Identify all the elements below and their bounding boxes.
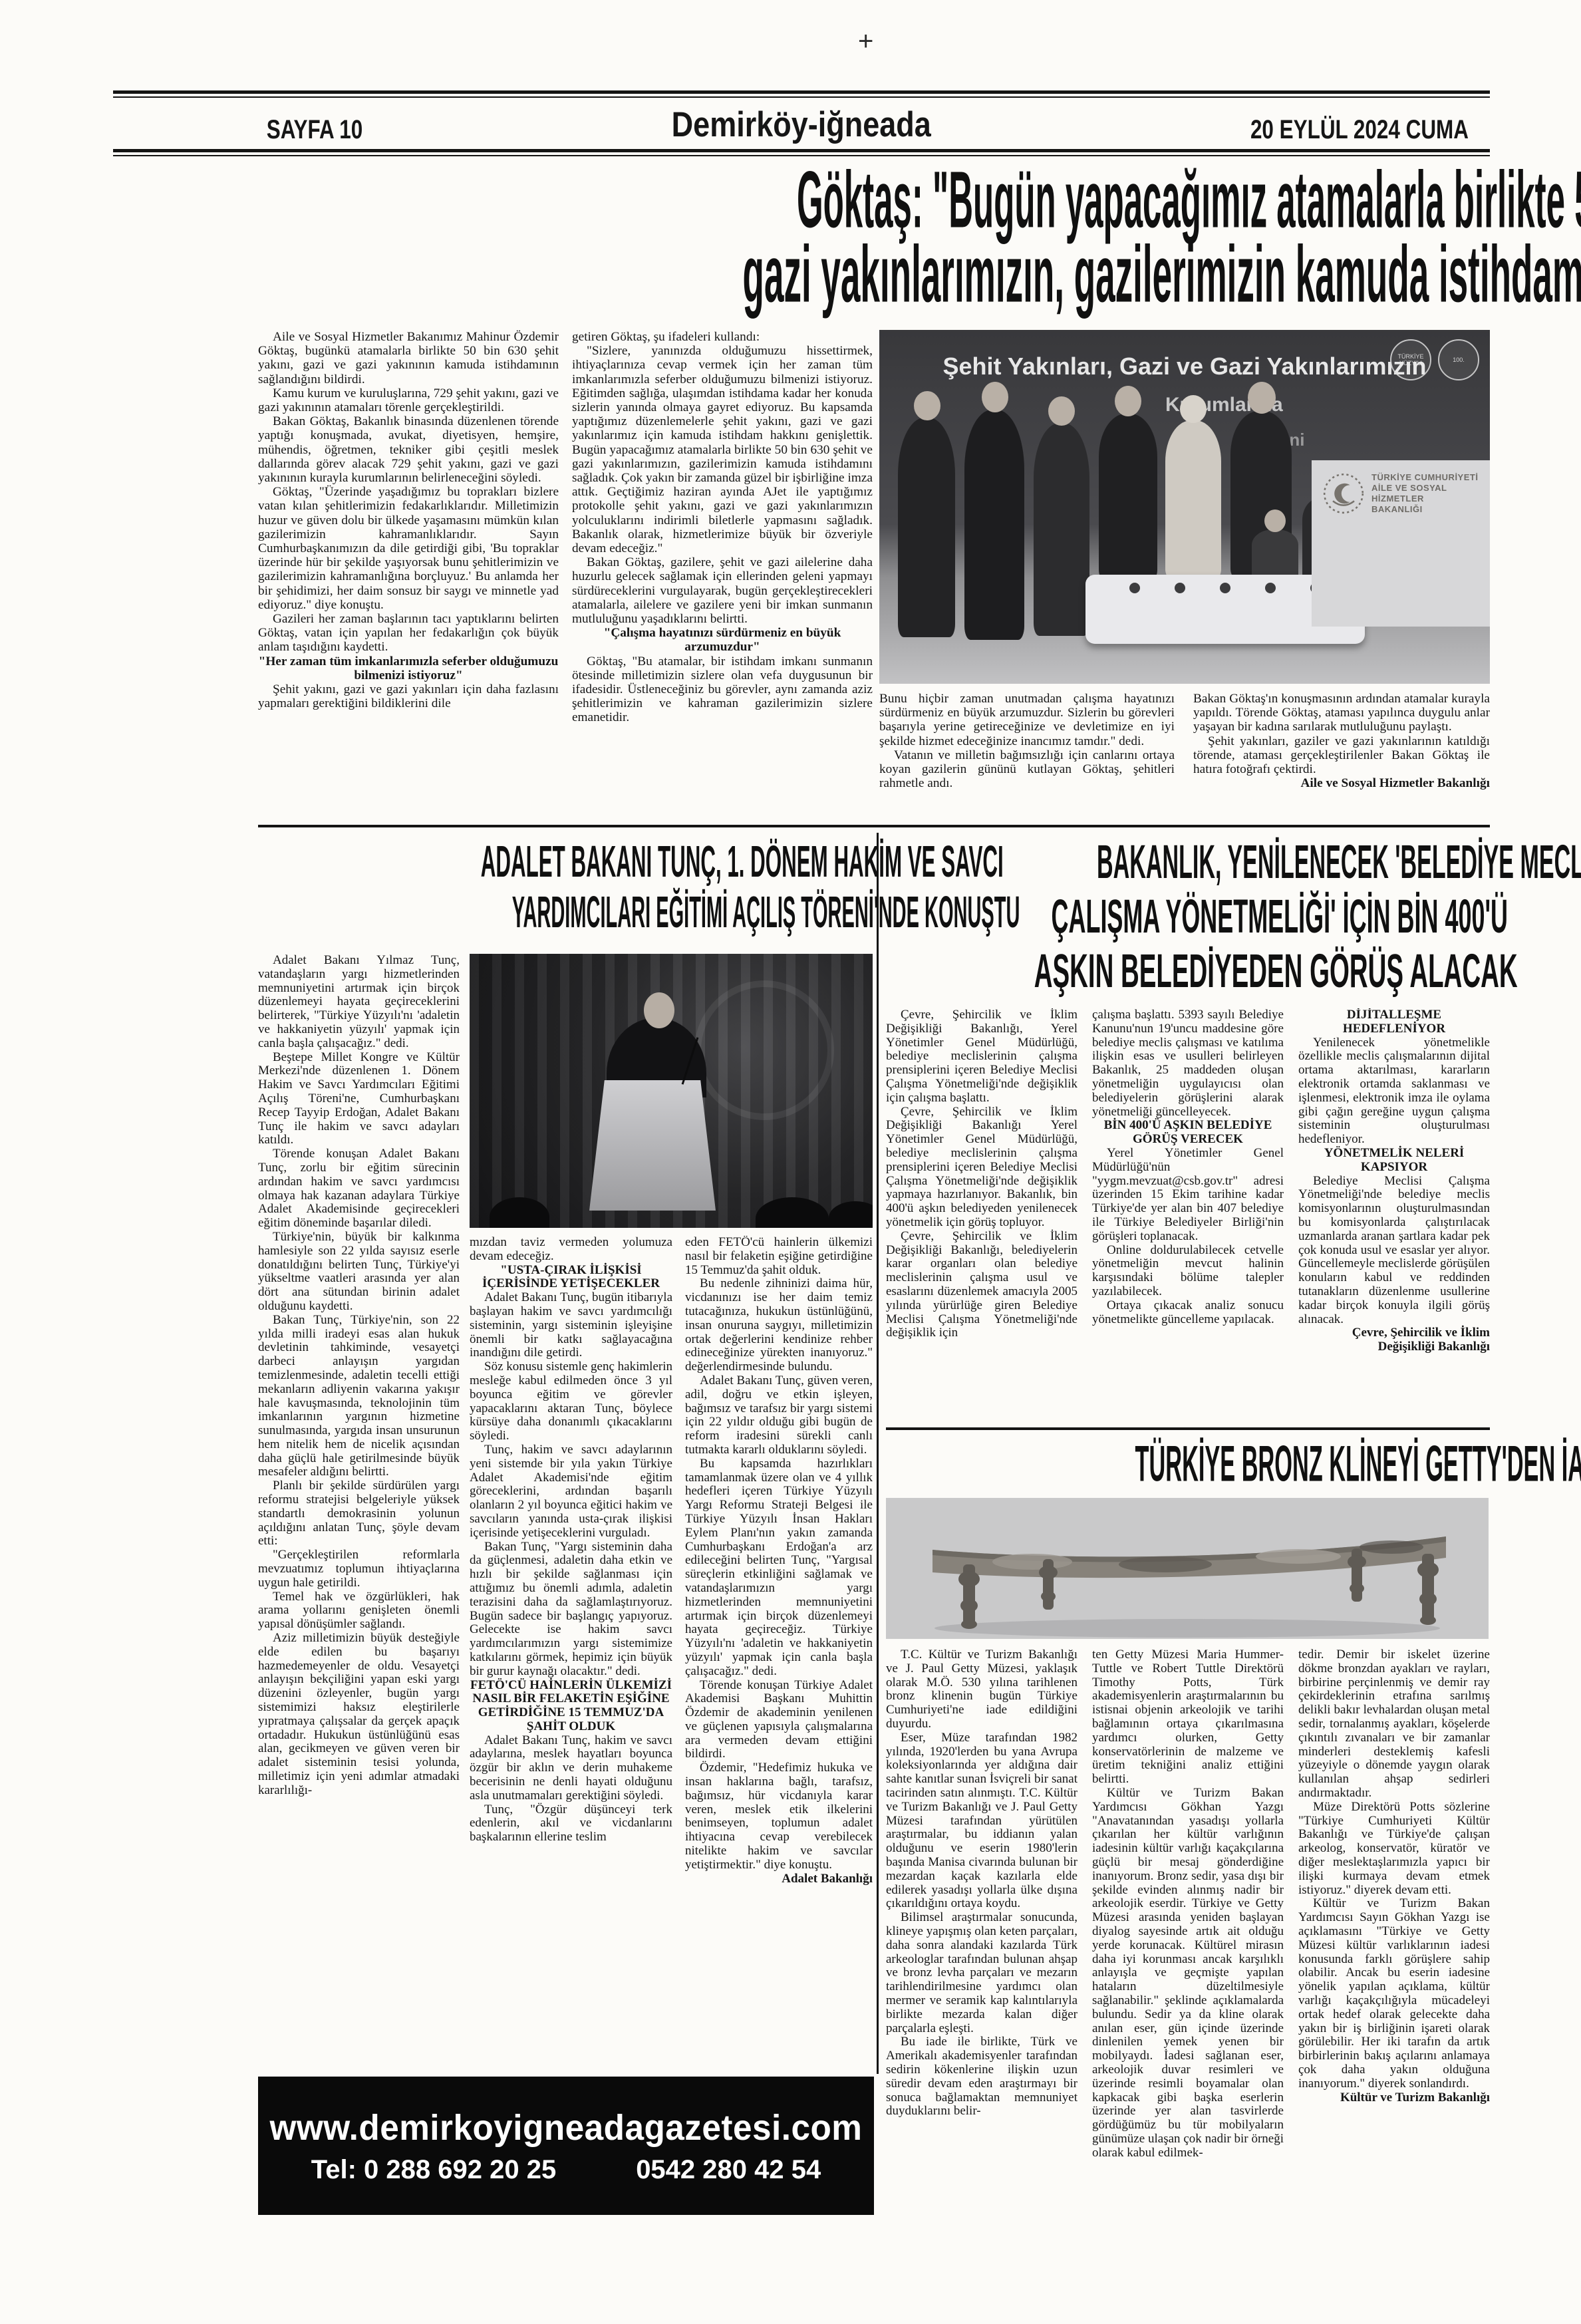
article-paragraph: Bilimsel araştırmalar sonucunda, klineye… <box>886 1911 1078 2035</box>
article1-column-3: Bunu hiçbir zaman unutmadan çalışma haya… <box>879 692 1175 818</box>
article-paragraph: Adalet Bakanı Tunç, güven veren, adil, d… <box>685 1374 873 1457</box>
article-paragraph: eden FETÖ'cü hainlerin ülkemizi nasıl bi… <box>685 1236 873 1277</box>
article-paragraph: çalışma başlattı. 5393 sayılı Belediye K… <box>1092 1008 1284 1119</box>
article-byline: Aile ve Sosyal Hizmetler Bakanlığı <box>1193 776 1490 790</box>
person-silhouette-headscarf <box>1165 420 1221 579</box>
tunc-speech-photo <box>470 954 873 1228</box>
centennial-logo: 100. <box>1438 339 1479 380</box>
column-subhead: YÖNETMELİK NELERİ KAPSIYOR <box>1298 1147 1490 1175</box>
article3-headline-line2: ÇALIŞMA YÖNETMELİĞİ' İÇİN BİN 400'Ü <box>1052 886 1508 948</box>
article-paragraph: mızdan taviz vermeden yolumuza devam ede… <box>470 1236 672 1264</box>
column-subhead: BİN 400'Ü AŞKIN BELEDİYE GÖRÜŞ VERECEK <box>1092 1119 1284 1147</box>
article4-headline-line1: TÜRKİYE BRONZ KLİNEYİ GETTY'DEN İADE ALD… <box>1135 1431 1581 1496</box>
bronze-kline-photo <box>886 1498 1489 1639</box>
faint-emblem <box>694 980 834 1120</box>
turkiye-yuzyili-logo: TÜRKİYE YÜZYILI <box>1390 339 1431 380</box>
article2-column-3: eden FETÖ'cü hainlerin ülkemizi nasıl bi… <box>685 1236 873 2071</box>
column-subhead: "Çalışma hayatınızı sürdürmeniz en büyük… <box>572 626 873 654</box>
article2-column-1: Adalet Bakanı Yılmaz Tunç, vatandaşların… <box>258 954 460 2069</box>
article4-headline: TÜRKİYE BRONZ KLİNEYİ GETTY'DEN İADE ALD… <box>886 1435 1489 1491</box>
article3-headline: BAKANLIK, YENİLENECEK 'BELEDİYE MECLİSİ … <box>886 835 1489 999</box>
article1-headline-line2: gazi yakınlarımızın, gazilerimizin kamud… <box>743 230 1581 318</box>
article-paragraph: Törende konuşan Adalet Bakanı Tunç, zorl… <box>258 1147 460 1231</box>
article-divider-rule <box>886 1427 1490 1430</box>
ceremony-photo: Şehit Yakınları, Gazi ve Gazi Yakınlarım… <box>879 330 1490 684</box>
article-paragraph: Tunç, "Özgür düşünceyi terk edenlerin, a… <box>470 1803 672 1844</box>
header-rule-top-thick <box>113 90 1490 94</box>
article-paragraph: Online doldurulabilecek cetvelle yönetme… <box>1092 1244 1284 1299</box>
column-subhead: "Her zaman tüm imkanlarımızla seferber o… <box>258 654 559 682</box>
article-paragraph: Bakan Göktaş'ın konuşmasının ardından at… <box>1193 692 1490 734</box>
article-paragraph: Aziz milletimizin büyük desteğiyle elde … <box>258 1632 460 1798</box>
ministry-backdrop: TÜRKİYE CUMHURİYETİ AİLE VE SOSYAL HİZME… <box>1312 460 1490 627</box>
article-paragraph: ten Getty Müzesi Maria Hummer-Tuttle ve … <box>1092 1648 1284 1787</box>
article-paragraph: "Gerçekleştirilen reformlarla mevzuatımı… <box>258 1548 460 1590</box>
newspaper-page: { "colors":{"paper":"#fcfbf8","ink":"#16… <box>0 0 1581 2324</box>
article-paragraph: Bunu hiçbir zaman unutmadan çalışma haya… <box>879 692 1175 748</box>
article-paragraph: Ortaya çıkacak analiz sonucu yönetmelikt… <box>1092 1299 1284 1327</box>
article-paragraph: Şehit yakını, gazi ve gazi yakınları içi… <box>258 682 559 710</box>
crop-mark: + <box>858 27 873 57</box>
article1-column-4: Bakan Göktaş'ın konuşmasının ardından at… <box>1193 692 1490 818</box>
lectern <box>589 1080 716 1211</box>
article-paragraph: Planlı bir şekilde sürdürülen yargı refo… <box>258 1479 460 1548</box>
column-subhead: DİJİTALLEŞME HEDEFLENİYOR <box>1298 1008 1490 1036</box>
article4-column-3: tedir. Demir bir iskelet üzerine dökme b… <box>1298 1648 1490 2313</box>
header-rule-top-thin <box>113 96 1490 98</box>
footer-contact-box: www.demirkoyigneadagazetesi.com Tel: 0 2… <box>258 2077 874 2215</box>
article-paragraph: Tunç, hakim ve savcı adaylarının yeni si… <box>470 1443 672 1540</box>
article-paragraph: Bakan Göktaş, gazilere, şehit ve gazi ai… <box>572 555 873 626</box>
masthead-title: Demirköy-iğneada <box>657 105 945 144</box>
article-paragraph: Vatanın ve milletin bağımsızlığı için ca… <box>879 748 1175 791</box>
article3-headline-line1: BAKANLIK, YENİLENECEK 'BELEDİYE MECLİSİ <box>1097 831 1581 894</box>
article-paragraph: Kültür ve Turizm Bakan Yardımcısı Gökhan… <box>1092 1787 1284 2160</box>
article-paragraph: Çevre, Şehircilik ve İklim Değişikliği B… <box>886 1230 1078 1340</box>
article-paragraph: T.C. Kültür ve Turizm Bakanlığı ve J. Pa… <box>886 1648 1078 1731</box>
column-subhead: FETÖ'CÜ HAİNLERİN ÜLKEMİZİ NASIL BİR FEL… <box>470 1679 672 1734</box>
article-paragraph: Aile ve Sosyal Hizmetler Bakanımız Mahin… <box>258 330 559 386</box>
article1-headline: Göktaş: "Bugün yapacağımız atamalarla bi… <box>258 162 1490 311</box>
article-paragraph: Bu nedenle zihninizi daima hür, vicdanın… <box>685 1277 873 1374</box>
article3-column-2: çalışma başlattı. 5393 sayılı Belediye K… <box>1092 1008 1284 1422</box>
person-silhouette <box>964 410 1024 640</box>
article-paragraph: getiren Göktaş, şu ifadeleri kullandı: <box>572 330 873 344</box>
article-paragraph: Bakan Göktaş, Bakanlık binasında düzenle… <box>258 414 559 485</box>
article-paragraph: Eser, Müze tarafından 1982 yılında, 1920… <box>886 1731 1078 1911</box>
article1-column-2: getiren Göktaş, şu ifadeleri kullandı:"S… <box>572 330 873 814</box>
article-paragraph: Göktaş, "Bu atamalar, bir istihdam imkan… <box>572 654 873 725</box>
article-paragraph: Müze Direktörü Potts sözlerine "Türkiye … <box>1298 1801 1490 1898</box>
phone-number-landline: Tel: 0 288 692 20 25 <box>311 2155 556 2185</box>
ministry-emblem-icon <box>1322 472 1365 515</box>
article-paragraph: Söz konusu sistemle genç hakimlerin mesl… <box>470 1360 672 1443</box>
article-paragraph: "Sizlere, yanınızda olduğumuzu hissettir… <box>572 344 873 555</box>
newspaper-website: www.demirkoyigneadagazetesi.com <box>254 2107 878 2148</box>
bronze-kline-illustration <box>886 1498 1489 1639</box>
page-header: SAYFA 10 Demirköy-iğneada 20 EYLÜL 2024 … <box>258 100 1488 144</box>
article-paragraph: Türkiye'nin, büyük bir kalkınma hamlesiy… <box>258 1231 460 1314</box>
article3-column-3: DİJİTALLEŞME HEDEFLENİYORYenilenecek yön… <box>1298 1008 1490 1422</box>
header-rule-bottom-thick <box>113 149 1490 152</box>
article-paragraph: Adalet Bakanı Tunç, hakim ve savcı adayl… <box>470 1734 672 1803</box>
article-paragraph: Törende konuşan Türkiye Adalet Akademisi… <box>685 1679 873 1762</box>
person-silhouette <box>1034 423 1089 636</box>
vertical-column-divider <box>877 833 879 2074</box>
article3-column-1: Çevre, Şehircilik ve İklim Değişikliği B… <box>886 1008 1078 1422</box>
section-divider-rule <box>258 825 1490 827</box>
article2-column-2: mızdan taviz vermeden yolumuza devam ede… <box>470 1236 672 2069</box>
article-byline: Adalet Bakanlığı <box>685 1872 873 1886</box>
article-paragraph: Bakan Tunç, "Yargı sisteminin daha da gü… <box>470 1540 672 1679</box>
article2-headline: ADALET BAKANI TUNÇ, 1. DÖNEM HAKİM VE SA… <box>258 837 873 938</box>
column-subhead: "USTA-ÇIRAK İLİŞKİSİ İÇERİSİNDE YETİŞECE… <box>470 1264 672 1292</box>
article-paragraph: Çevre, Şehircilik ve İklim Değişikliği B… <box>886 1008 1078 1105</box>
article-paragraph: Beştepe Millet Kongre ve Kültür Merkezi'… <box>258 1051 460 1148</box>
article-paragraph: Göktaş, "Üzerinde yaşadığımız bu toprakl… <box>258 485 559 612</box>
person-silhouette <box>1099 414 1157 580</box>
phone-number-mobile: 0542 280 42 54 <box>636 2155 821 2185</box>
article3-headline-line3: AŞKIN BELEDİYEDEN GÖRÜŞ ALACAK <box>1034 941 1518 1003</box>
article-paragraph: tedir. Demir bir iskelet üzerine dökme b… <box>1298 1648 1490 1801</box>
article-paragraph: Özdemir, "Hedefimiz hukuka ve insan hakl… <box>685 1761 873 1872</box>
article4-column-1: T.C. Kültür ve Turizm Bakanlığı ve J. Pa… <box>886 1648 1078 2313</box>
article-paragraph: Şehit yakınları, gaziler ve gazi yakınla… <box>1193 734 1490 777</box>
article-byline: Çevre, Şehircilik ve İklim Değişikliği B… <box>1298 1326 1490 1354</box>
article-paragraph: Bu kapsamda hazırlıkları tamamlanmak üze… <box>685 1457 873 1679</box>
article-paragraph: Adalet Bakanı Tunç, bugün itibarıyla baş… <box>470 1291 672 1360</box>
article-paragraph: Çevre, Şehircilik ve İklim Değişikliği B… <box>886 1105 1078 1230</box>
article-byline: Kültür ve Turizm Bakanlığı <box>1298 2091 1490 2105</box>
issue-date: 20 EYLÜL 2024 CUMA <box>1231 116 1488 144</box>
article-paragraph: Adalet Bakanı Yılmaz Tunç, vatandaşların… <box>258 954 460 1051</box>
speaker-head <box>644 992 674 1028</box>
article-paragraph: Bakan Tunç, Türkiye'nin, son 22 yılda mi… <box>258 1314 460 1480</box>
article-paragraph: Bu iade ile birlikte, Türk ve Amerikalı … <box>886 2035 1078 2118</box>
article-paragraph: Temel hak ve özgürlükleri, hak arama yol… <box>258 1590 460 1632</box>
photo-logo-badges: TÜRKİYE YÜZYILI 100. <box>1390 339 1479 380</box>
article-paragraph: Belediye Meclisi Çalışma Yönetmeliği'nde… <box>1298 1175 1490 1327</box>
article4-column-2: ten Getty Müzesi Maria Hummer-Tuttle ve … <box>1092 1648 1284 2313</box>
person-silhouette <box>898 418 955 637</box>
article1-column-1: Aile ve Sosyal Hizmetler Bakanımız Mahin… <box>258 330 559 814</box>
article-paragraph: Gazileri her zaman başlarının tacı yaptı… <box>258 612 559 654</box>
page-number: SAYFA 10 <box>258 116 371 144</box>
article-paragraph: Yerel Yönetimler Genel Müdürlüğü'nün "yy… <box>1092 1147 1284 1244</box>
article-paragraph: Yenilenecek yönetmelikle özellikle mecli… <box>1298 1036 1490 1147</box>
article-paragraph: Kültür ve Turizm Bakan Yardımcısı Sayın … <box>1298 1897 1490 2091</box>
article-paragraph: Kamu kurum ve kuruluşlarına, 729 şehit y… <box>258 386 559 414</box>
